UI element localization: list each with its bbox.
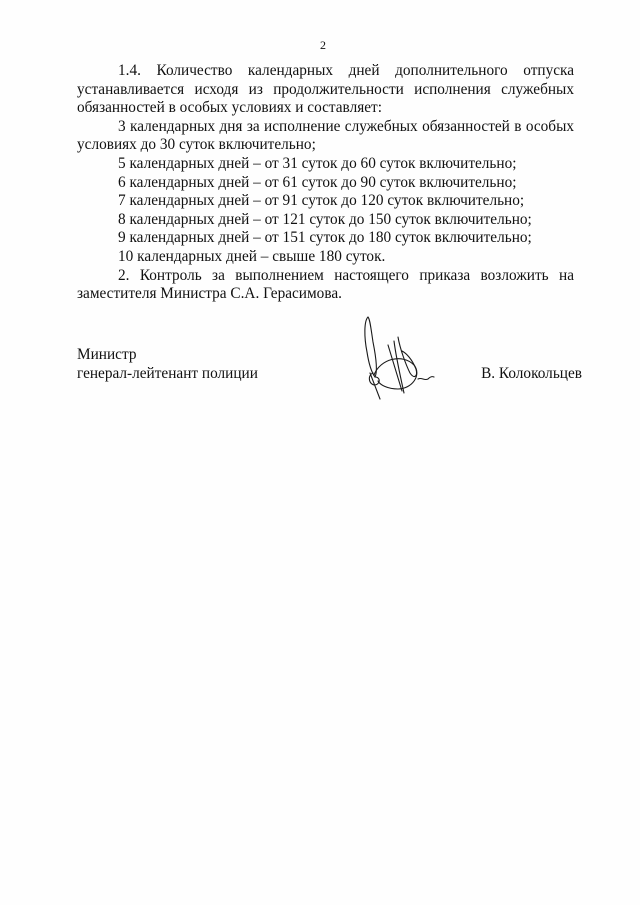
signer-position: Министр генерал-лейтенант полиции: [77, 345, 258, 383]
signer-position-line-2: генерал-лейтенант полиции: [77, 364, 258, 383]
list-item-3-days: 3 календарных дня за исполнение служебны…: [77, 118, 574, 155]
signer-position-line-1: Министр: [77, 345, 258, 364]
paragraph-2: 2. Контроль за выполнением настоящего пр…: [77, 267, 574, 304]
document-body: 1.4. Количество календарных дней дополни…: [77, 62, 574, 304]
handwritten-signature-icon: [340, 307, 450, 407]
list-item-9-days: 9 календарных дней – от 151 суток до 180…: [77, 229, 574, 248]
page-number: 2: [0, 38, 640, 53]
list-item-8-days: 8 календарных дней – от 121 суток до 150…: [77, 211, 574, 230]
document-page: 2 1.4. Количество календарных дней допол…: [0, 0, 640, 905]
paragraph-1-4: 1.4. Количество календарных дней дополни…: [77, 62, 574, 118]
list-item-5-days: 5 календарных дней – от 31 суток до 60 с…: [77, 155, 574, 174]
signature-block: Министр генерал-лейтенант полиции В. Кол…: [77, 345, 582, 405]
list-item-7-days: 7 календарных дней – от 91 суток до 120 …: [77, 192, 574, 211]
signer-name: В. Колокольцев: [481, 364, 582, 383]
list-item-6-days: 6 календарных дней – от 61 суток до 90 с…: [77, 174, 574, 193]
list-item-10-days: 10 календарных дней – свыше 180 суток.: [77, 248, 574, 267]
